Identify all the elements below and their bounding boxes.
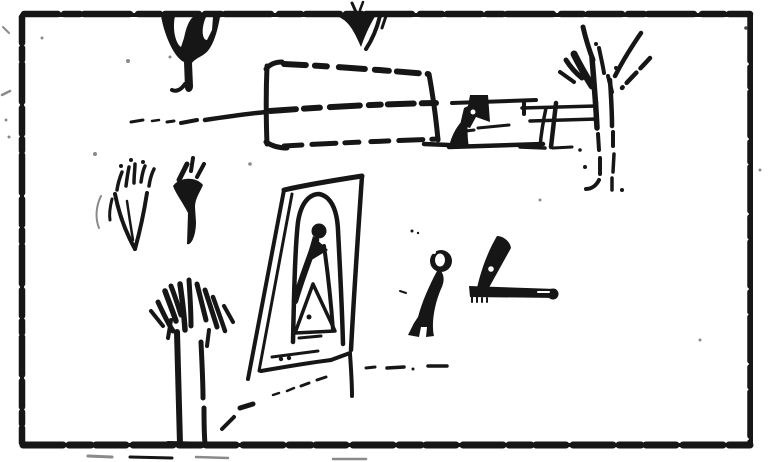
- sketch-canvas: [0, 0, 768, 462]
- scanned-drawing-page: [0, 0, 768, 462]
